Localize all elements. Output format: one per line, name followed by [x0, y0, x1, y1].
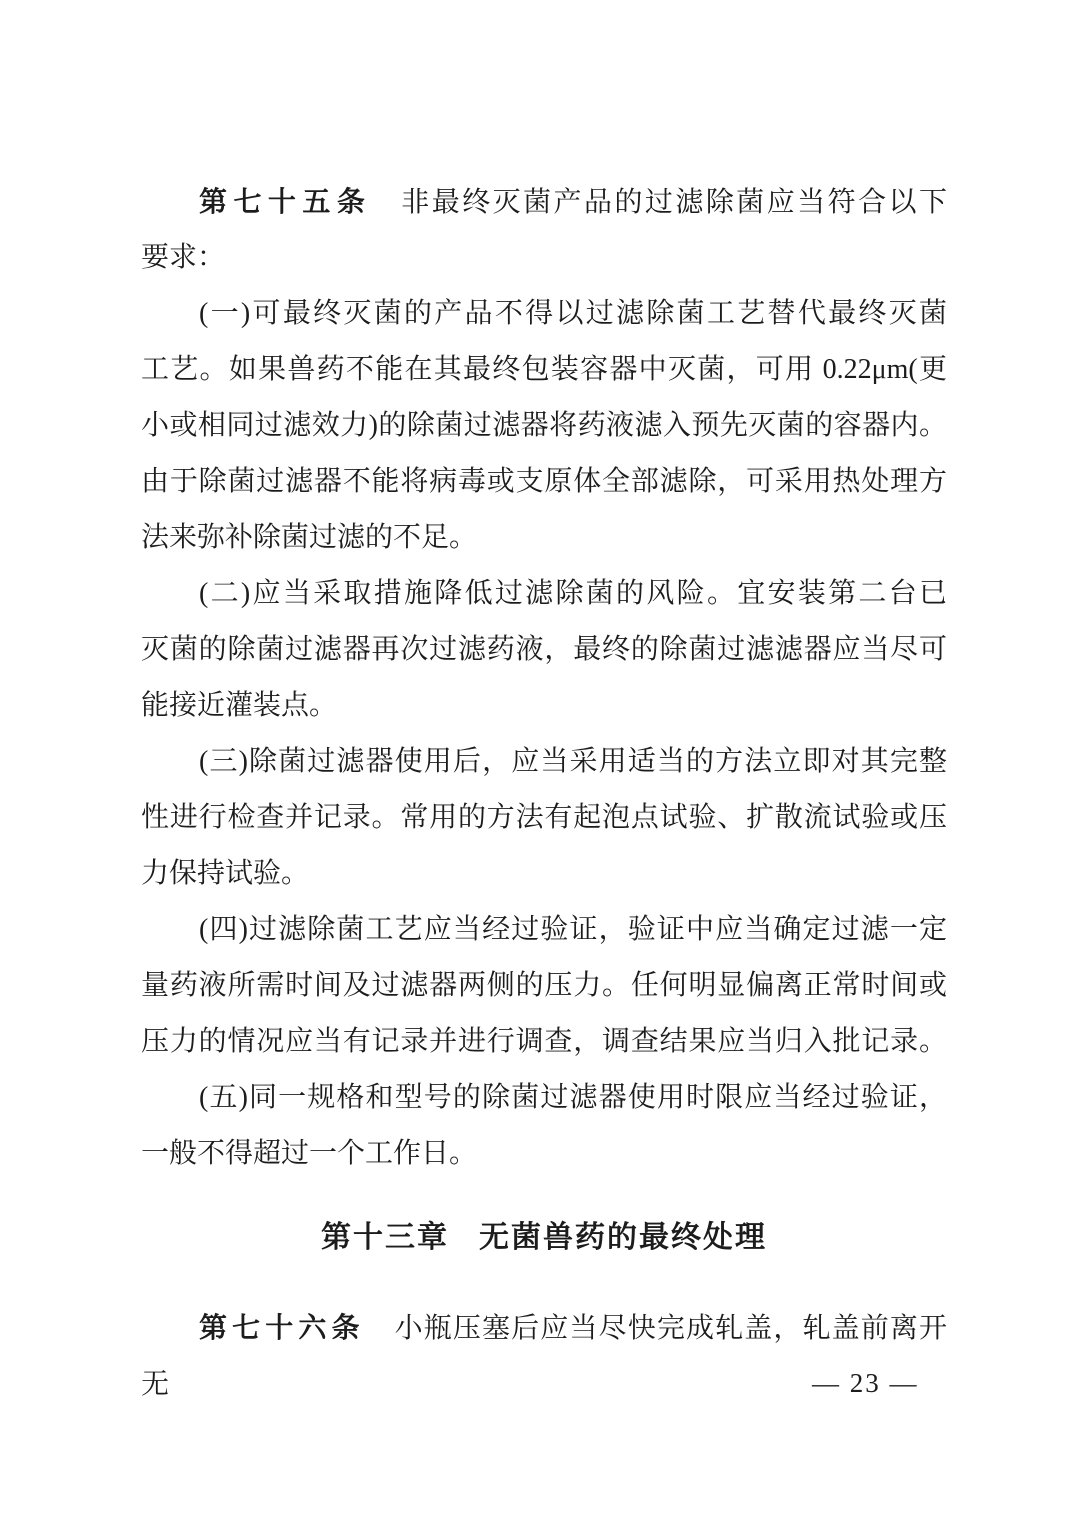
document-page: 第七十五条非最终灭菌产品的过滤除菌应当符合以下 要求： (一)可最终灭菌的产品不… [0, 0, 1080, 1527]
text-line: (五)同一规格和型号的除菌过滤器使用时限应当经过验证， [141, 1070, 947, 1126]
text-line: 由于除菌过滤器不能将病毒或支原体全部滤除，可采用热处理方 [141, 454, 947, 510]
text-line: 量药液所需时间及过滤器两侧的压力。任何明显偏离正常时间或 [141, 958, 947, 1014]
text-line: 小或相同过滤效力)的除菌过滤器将药液滤入预先灭菌的容器内。 [141, 398, 947, 454]
text-line: (三)除菌过滤器使用后，应当采用适当的方法立即对其完整 [141, 734, 947, 790]
page-number: — 23 — [812, 1368, 919, 1398]
text-line: 第七十五条非最终灭菌产品的过滤除菌应当符合以下 [141, 174, 947, 230]
article-76-number: 第七十六条 [199, 1312, 365, 1343]
article-75-number: 第七十五条 [199, 186, 371, 217]
text-line: 能接近灌装点。 [141, 678, 947, 734]
text-line: 要求： [141, 230, 947, 286]
page-body: 第七十五条非最终灭菌产品的过滤除菌应当符合以下 要求： (一)可最终灭菌的产品不… [141, 0, 947, 1356]
chapter-title: 无菌兽药的最终处理 [479, 1221, 767, 1254]
text-line: (二)应当采取措施降低过滤除菌的风险。宜安装第二台已 [141, 566, 947, 622]
text-line: 灭菌的除菌过滤器再次过滤药液，最终的除菌过滤滤器应当尽可 [141, 622, 947, 678]
text-line: 力保持试验。 [141, 846, 947, 902]
chapter-number: 第十三章 [321, 1221, 449, 1254]
text-line: (一)可最终灭菌的产品不得以过滤除菌工艺替代最终灭菌 [141, 286, 947, 342]
text-line: 性进行检查并记录。常用的方法有起泡点试验、扩散流试验或压 [141, 790, 947, 846]
text-line: 工艺。如果兽药不能在其最终包装容器中灭菌，可用 0.22μm(更 [141, 342, 947, 398]
text-line: 第七十六条小瓶压塞后应当尽快完成轧盖，轧盖前离开无 [141, 1300, 947, 1356]
chapter-13-heading: 第十三章无菌兽药的最终处理 [141, 1210, 947, 1266]
text-line: 法来弥补除菌过滤的不足。 [141, 510, 947, 566]
text-line: 一般不得超过一个工作日。 [141, 1126, 947, 1182]
article-75-intro: 非最终灭菌产品的过滤除菌应当符合以下 [401, 187, 947, 218]
text-line: (四)过滤除菌工艺应当经过验证，验证中应当确定过滤一定 [141, 902, 947, 958]
text-line: 压力的情况应当有记录并进行调查，调查结果应当归入批记录。 [141, 1014, 947, 1070]
